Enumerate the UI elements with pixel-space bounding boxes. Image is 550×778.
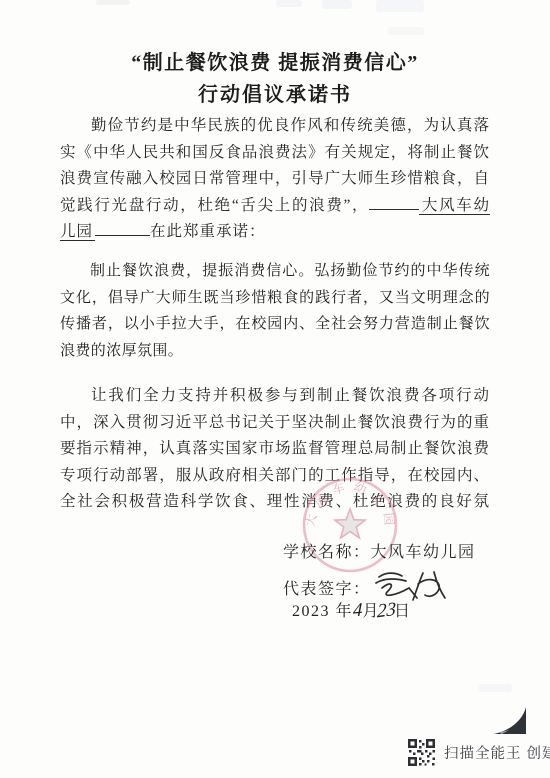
scan-smudge — [96, 0, 130, 5]
scan-smudge — [322, 0, 352, 9]
representative-signature-line: 代表签字： — [283, 568, 476, 598]
watermark-text: 扫描全能王 创建 — [444, 742, 550, 763]
blank-underline-lead — [369, 195, 419, 210]
date-day-handwritten: 23 — [377, 596, 397, 625]
school-name-line: 学校名称：大风车幼儿园 — [283, 540, 476, 566]
paragraph-action: 让我们全力支持并积极参与到制止餐饮浪费各项行动中，深入贯彻习近平总书记关于坚决制… — [60, 383, 490, 517]
scan-smudge — [276, 0, 302, 7]
date-day-label: 日 — [394, 603, 412, 620]
scan-smudge — [478, 684, 512, 692]
scanner-watermark: 扫描全能王 创建 — [408, 739, 550, 766]
paragraph-intro-tail: 在此郑重承诺： — [150, 223, 266, 240]
date-month-handwritten: 4 — [353, 598, 363, 625]
title-line-1: “制止餐饮浪费 提振消费信心” — [0, 48, 550, 78]
page-curl-artifact — [489, 704, 531, 738]
school-name-label: 学校名称： — [283, 544, 371, 561]
document-body: 勤俭节约是中华民族的优良作风和传统美德，为认真落实《中华人民共和国反食品浪费法》… — [60, 113, 490, 517]
handwritten-signature — [373, 568, 451, 602]
document-title: “制止餐饮浪费 提振消费信心” 行动倡议承诺书 — [0, 48, 550, 110]
scan-smudge — [388, 27, 424, 35]
scanned-document-page: “制止餐饮浪费 提振消费信心” 行动倡议承诺书 勤俭节约是中华民族的优良作风和传… — [0, 0, 550, 778]
blank-underline-tail — [95, 221, 150, 236]
scan-smudge — [376, 0, 424, 12]
signer-label: 代表签字： — [283, 581, 371, 598]
paragraph-intro: 勤俭节约是中华民族的优良作风和传统美德，为认真落实《中华人民共和国反食品浪费法》… — [60, 113, 490, 247]
paragraph-pledge: 制止餐饮浪费，提振消费信心。弘扬勤俭节约的中华传统文化，倡导广大师生既当珍惜粮食… — [60, 258, 490, 365]
signature-block: 学校名称：大风车幼儿园 代表签字： 2023 年4月23日 — [283, 540, 476, 624]
date-year: 2023 年 — [292, 603, 353, 620]
title-line-2: 行动倡议承诺书 — [0, 80, 550, 110]
qr-code — [408, 739, 435, 766]
school-name-value: 大风车幼儿园 — [371, 544, 476, 561]
